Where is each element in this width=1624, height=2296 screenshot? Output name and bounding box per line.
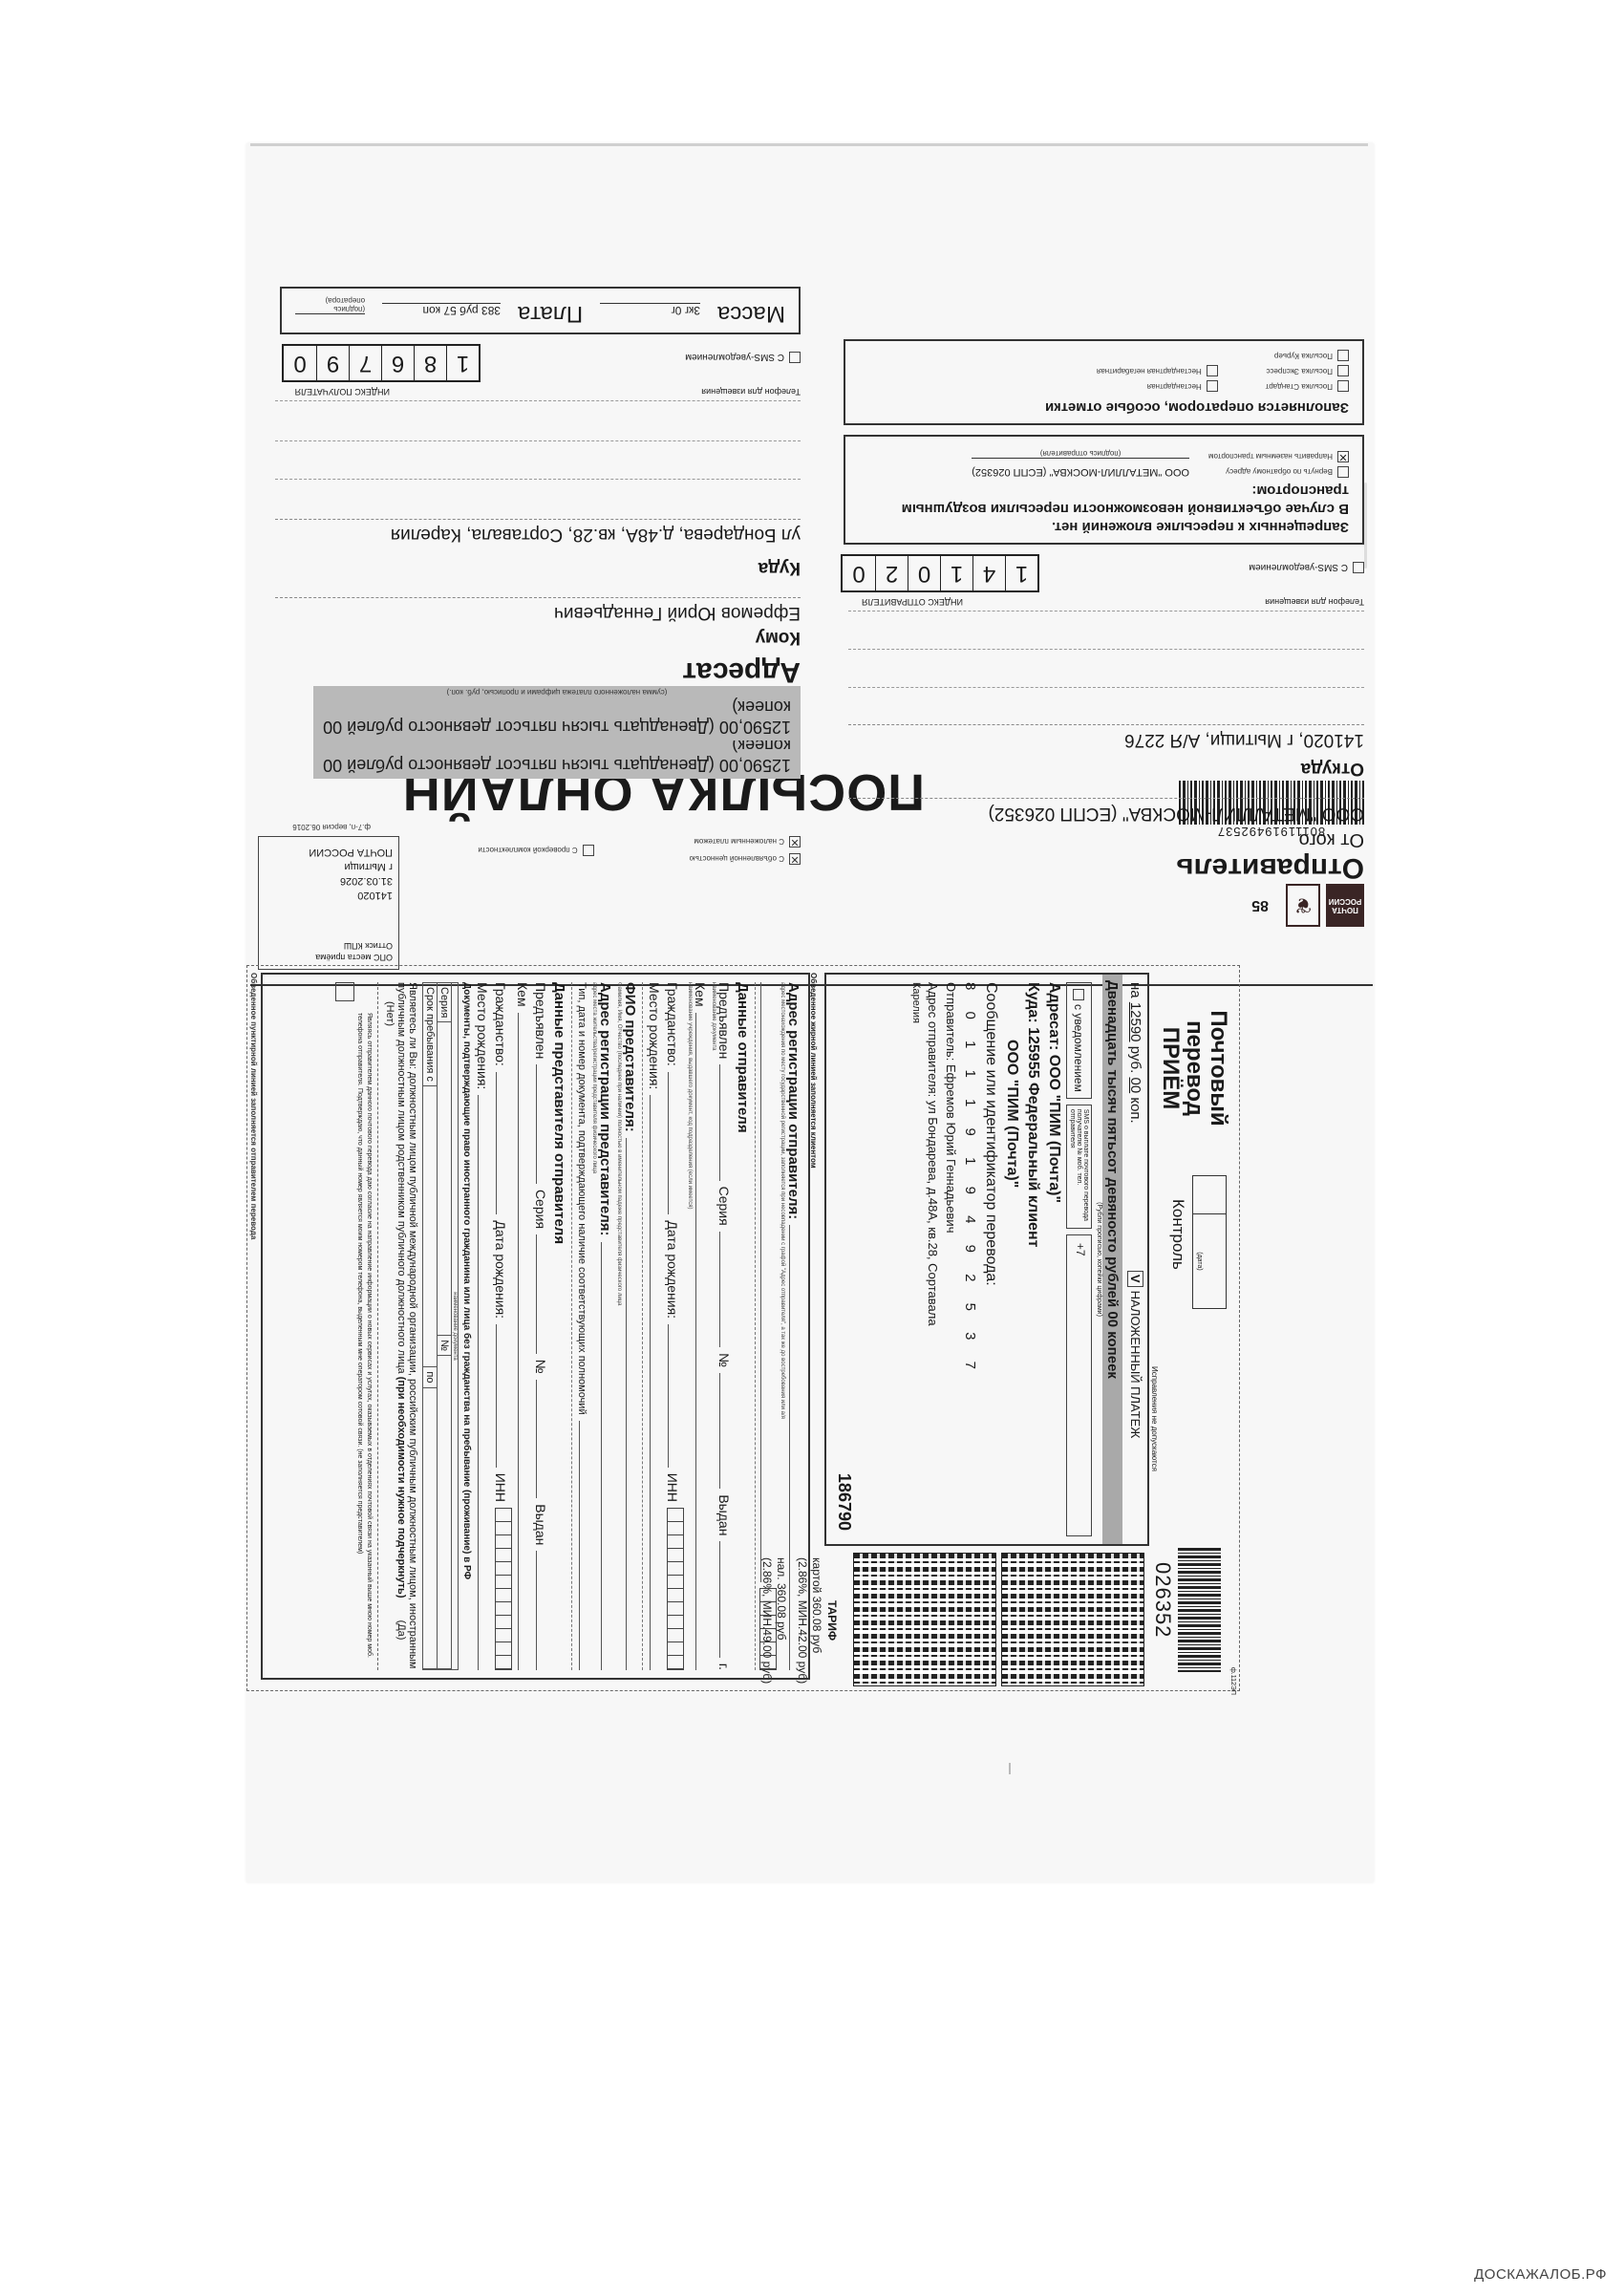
prohibited-signer: ООО "МЕТАЛЛИЛ-МОСКВА" (ЕСПП 026352) [972,466,1189,478]
sheet-edge [250,143,1368,146]
sender-heading: Отправитель [1176,851,1364,884]
form-code: 85 [1251,897,1269,914]
corrections-note: Исправления не допускаются [1150,1366,1159,1471]
foreign-docs-table: наименование документа Серия№ Срок пребы… [422,982,459,1670]
operator-heading: Заполняется оператором, особые отметки [859,397,1349,416]
mass-label: Масса [717,300,785,327]
completeness-check-checkbox[interactable]: С проверкой комплектности [478,836,593,865]
recipient-heading: Адресат [682,655,801,688]
mass-fee-box: Масса 3кг 0г Плата 383 руб 57 коп (подпи… [280,287,801,334]
addressee-row: Адресат: ООО "ПИМ (Почта)" [1045,982,1062,1536]
transfer-id: 8 0 1 1 1 9 1 9 4 9 2 5 3 7 [962,982,978,1536]
service-options: ✕С объявленной ценностью ✕С наложенным п… [478,836,801,865]
sender-address-line [848,611,1364,612]
form-code: ф.112ЭП [1229,1667,1236,1695]
client-note: Обведенное жирной линией заполняется кли… [809,973,818,1169]
mass-value: 3кг 0г [600,303,700,317]
parcel-courier-checkbox[interactable]: Посылка Курьер [1266,350,1349,361]
sender-address-line [848,649,1364,650]
registration-box: Адрес регистрации отправителя: адрес мес… [261,973,810,1680]
date-field[interactable]: (дата) [1192,1175,1227,1309]
nonstandard-checkbox[interactable]: Нестандартная [1097,380,1218,392]
parcel-standard-checkbox[interactable]: Посылка Стандарт [1266,380,1349,392]
barcode-icon [1178,1548,1221,1672]
fee-label: Плата [518,300,583,327]
operator-box: Заполняется оператором, особые отметки П… [844,339,1364,425]
recipient-index-label: ИНДЕКС ПОЛУЧАТЕЛЯ [295,387,390,397]
parcel-express-checkbox[interactable]: Посылка Экспресс [1266,365,1349,376]
control-label: Контроль [1168,1199,1187,1270]
sender-sms-checkbox[interactable]: С SMS-уведомлением [1249,562,1364,573]
fee-value: 383 руб 57 коп [382,303,501,317]
consent-checkbox[interactable] [335,982,354,1001]
inn-cells[interactable] [667,1508,684,1670]
recipient-where-label: Куда [759,557,801,578]
where-row-2: ООО "ПИМ (Почта)" [1003,982,1020,1536]
amount-words: Двенадцать тысяч пятьсот девяносто рубле… [1102,975,1122,1544]
where-row: Куда: 125955 Федеральный клиент [1024,982,1041,1536]
return-to-sender-checkbox[interactable]: Вернуть по обратному адресу [1208,466,1349,478]
transfer-barcode-number: 026352 [1150,1562,1175,1638]
cod-value-band: 12590,00 (Двенадцать тысяч пятьсот девян… [313,686,801,740]
eagle-icon: ❦ [1286,884,1320,927]
message-label: Сообщение или идентификатор перевода: [982,982,999,1536]
consent-block: Являясь отправителем данного почтового п… [335,982,378,1670]
recipient-name: Ефремов Юрий Геннадьевич [275,597,801,623]
prohibited-items-box: Запрещенных к пересылке вложений нет. В … [844,435,1364,545]
post-logo: ПОЧТАРОССИИ ❦ 85 [1251,884,1364,927]
recipient-address-line [275,400,801,401]
sender-region: Карелия [910,982,922,1536]
declared-value-checkbox[interactable]: ✕С объявленной ценностью [690,853,801,865]
cod-value: 12590,00 (Двенадцать тысяч пятьсот девян… [323,697,791,737]
transfer-title: Почтовый перевод ПРИЁМ [1158,973,1230,1164]
index-cells[interactable] [759,1588,777,1670]
pep-question: Являетесь ли Вы: должностным лицом публи… [384,982,418,1670]
notify-checkbox[interactable]: с уведомлением [1066,982,1092,1099]
recipient-sms-checkbox[interactable]: С SMS-уведомлением [685,352,801,363]
pep-no[interactable]: (Нет) [384,1001,395,1026]
sender-phone-label: Телефон для извещения [1265,597,1364,607]
declared-value: 12590,00 (Двенадцать тысяч пятьсот девян… [323,735,791,775]
sender-address-row: Адрес отправителя: ул Бондарева, д.48А, … [926,982,940,1536]
phone-field[interactable]: +7 [1066,1234,1092,1536]
sender-address-line [848,687,1364,688]
operator-signature-caption: (подпись оператора) [295,296,365,314]
qr-code-icon [853,1553,996,1686]
sender-from-label: От кого [1299,828,1364,850]
post-logo-text: ПОЧТАРОССИИ [1326,884,1364,927]
sender-index-cells: 141020 [841,554,1039,592]
oversized-checkbox[interactable]: Нестандартная негабаритная [1097,365,1218,376]
qr-code-icon [1001,1553,1144,1686]
recipient-address: ул Бондарева, д.48А, кв.28, Сортавала, К… [275,519,801,545]
form-version: ф.7-п, версия 06.2016 [292,823,371,831]
sender-index-label: ИНДЕКС ОТПРАВИТЕЛЯ [862,597,963,607]
parcel-form: ПОЧТАРОССИИ ❦ 85 80111919492537 ПОСЫЛКА … [246,153,1383,984]
post-office-stamp: ОПС места приёма Оттиск КПШ 141020 31.03… [258,836,399,970]
recipient-to-label: Кому [756,627,801,648]
sms-caption: SMS о выплате почтового перевода получат… [1066,1105,1092,1229]
sender-postcode: 186790 [834,1473,854,1531]
sender-signature-caption: (подпись отправителя) [972,449,1189,459]
client-fill-box: на 12590 руб. 00 коп. VНАЛОЖЕННЫЙ ПЛАТЕЖ… [824,973,1149,1546]
sender-where-label: Откуда [1301,758,1364,779]
recipient-address-line [275,440,801,441]
sender-name: ООО "МЕТАЛЛИЛ-МОСКВА" (ЕСПП 026352) [848,798,1364,824]
sender-address: 141020, г Мытищи, А/Я 2276 [848,724,1364,750]
cod-checkbox[interactable]: ✕С наложенным платежом [690,836,801,848]
recipient-phone-label: Телефон для извещения [701,387,801,397]
watermark: ДОСКАЖАЛОБ.РФ [1474,2266,1607,2283]
transfer-title-block: Почтовый перевод ПРИЁМ [1158,973,1230,1164]
sender-fill-note: Обведенное пунктирной линией заполняется… [249,973,258,1239]
ground-transport-checkbox[interactable]: ✕Направить наземным транспортом [1208,451,1349,462]
recipient-index-cells: 186790 [282,344,481,382]
pep-yes[interactable]: (Да) [395,1620,407,1641]
amount-line: на 12590 руб. 00 коп. VНАЛОЖЕННЫЙ ПЛАТЕЖ [1127,982,1143,1536]
cod-flag: VНАЛОЖЕННЫЙ ПЛАТЕЖ [1127,1271,1143,1438]
sender-row: Отправитель: Ефремов Юрий Геннадьевич [944,982,958,1536]
recipient-address-line [275,479,801,480]
money-transfer-form: ф.112ЭП Почтовый перевод ПРИЁМ (дата) Ко… [246,965,1240,1901]
